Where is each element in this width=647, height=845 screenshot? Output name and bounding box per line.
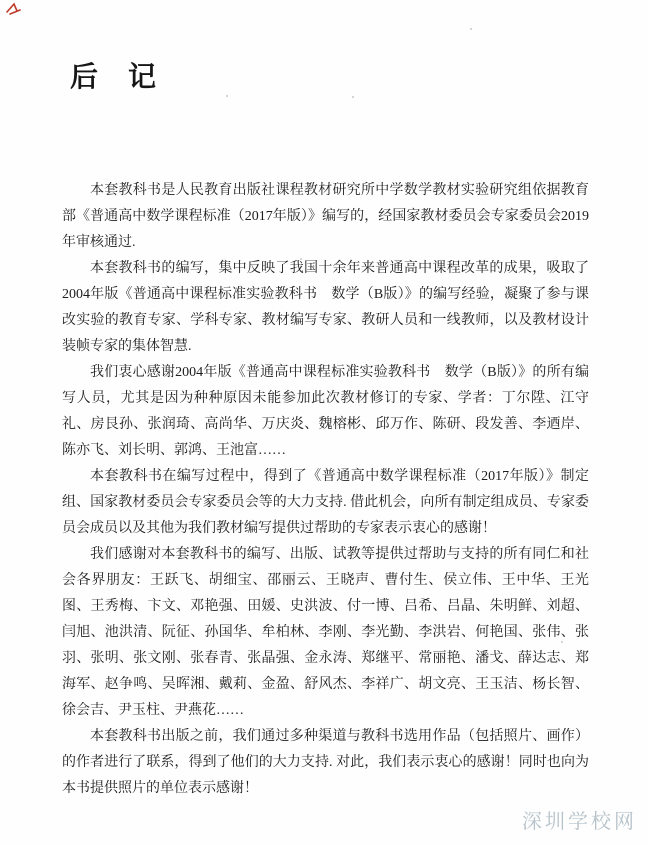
paragraph: 我们衷心感谢2004年版《普通高中课程标准实验教科书 数学（B版）》的所有编写人… [62,360,589,464]
paragraph: 本套教科书出版之前，我们通过多种渠道与教科书选用作品（包括照片、画作）的作者进行… [62,724,589,802]
paragraph: 本套教科书的编写，集中反映了我国十余年来普通高中课程改革的成果，吸取了2004年… [62,256,589,360]
document-page: 后 记 本套教科书是人民教育出版社课程教材研究所中学数学教材实验研究组依据教育部… [0,0,647,845]
paragraph: 我们感谢对本套教科书的编写、出版、试教等提供过帮助与支持的所有同仁和社会各界朋友… [62,542,589,724]
scan-speck [352,96,354,98]
paragraph: 本套教科书在编写过程中，得到了《普通高中数学课程标准（2017年版）》制定组、国… [62,464,589,542]
scan-speck [226,95,228,97]
scan-speck [470,28,472,30]
site-watermark: 深圳学校网 [522,805,637,834]
red-corner-mark-icon [6,2,22,16]
page-title: 后 记 [70,55,157,95]
body-text: 本套教科书是人民教育出版社课程教材研究所中学数学教材实验研究组依据教育部《普通高… [62,178,589,802]
scan-speck [561,641,563,643]
scan-speck [300,258,302,260]
paragraph: 本套教科书是人民教育出版社课程教材研究所中学数学教材实验研究组依据教育部《普通高… [62,178,589,256]
